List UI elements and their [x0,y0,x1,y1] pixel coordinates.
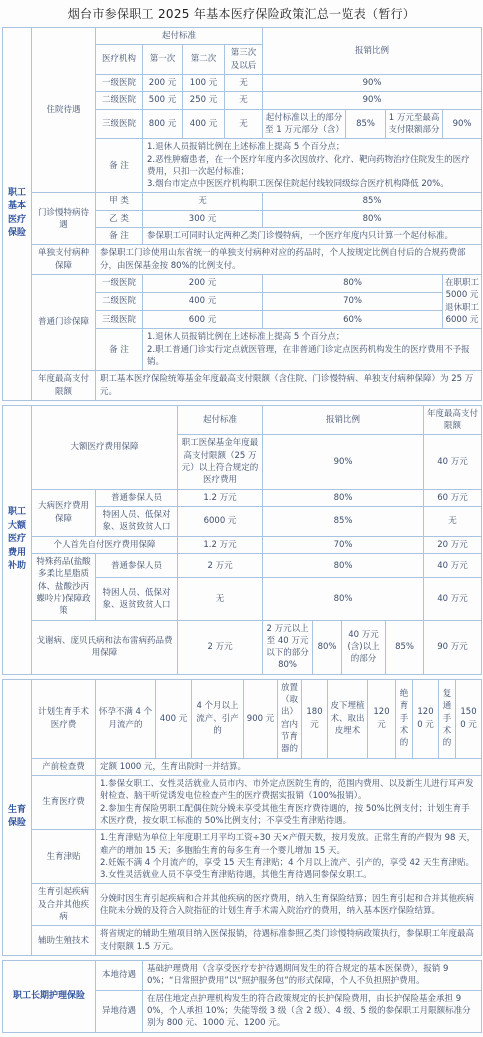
value-cell: 600 元 [143,311,263,329]
value-cell: 本地待遇 [96,961,143,991]
value-cell: 1.2 万元 [178,489,263,506]
value-cell: 医疗机构 [96,45,143,75]
value-cell: 300 元 [143,210,263,227]
value-cell: 特殊药品(盐酸多柔比星脂质体、盐酸沙丙蝶呤片)保障政策 [32,553,96,620]
value-cell: 门诊慢特病待遇 [32,193,96,245]
value-cell: 1200 元 [413,679,439,758]
value-cell: 40 万元(含)以上的部分 [342,620,386,674]
value-cell: 大额医疗费用保障 [32,405,178,489]
value-cell: 生育医疗费 [32,775,96,829]
value-cell: 备 注 [96,329,143,371]
value-cell: 400 元 [183,109,225,139]
value-cell: 2 万元 [178,620,263,674]
value-cell: 80% [263,553,424,578]
value-cell: 三级医院 [96,311,143,329]
value-cell: 皮下埋植术、取出皮埋术 [328,679,368,758]
value-cell: 绝育手术的 [396,679,413,758]
value-cell: 第二次 [183,45,225,75]
text-cell: 参保职工门诊使用山东省统一的单独支付病种对应的药品时，个人按规定比例自付后的合规… [96,245,482,275]
value-cell: 200 元 [143,275,263,293]
value-cell: 特困人员、低保对象、返贫致贫人口 [96,578,178,620]
category-cell: 职工长期护理保险 [3,961,96,1033]
value-cell: 住院待遇 [32,28,96,193]
value-cell: 起付标准 [178,405,263,435]
value-cell: 250 元 [183,92,225,109]
value-cell: 120 元 [368,679,396,758]
value-cell: 2 万元 [178,553,263,578]
value-cell: 85% [386,620,424,674]
value-cell: 1 万元至最高支付限额部分 [386,109,443,139]
value-cell: 无 [225,74,263,91]
table-maternity-insurance: 生育保险计划生育手术医疗费怀孕不满 4 个月流产的400 元4 个月以上流产、引… [2,679,482,956]
value-cell: 1.2 万元 [178,536,263,553]
value-cell: 60% [263,311,443,329]
text-cell: 1.退休人员报销比例在上述标准上提高 5 个百分点； 2.职工普通门诊实行定点就… [143,329,482,371]
value-cell: 生育引起疾病及合并其他疾病 [32,884,96,926]
value-cell: 第一次 [143,45,183,75]
text-cell: 在居住地定点护理机构发生的符合政策规定的长护保险费用，由长护保险基金承担 90%… [143,990,482,1032]
value-cell: 无 [143,193,263,210]
value-cell: 职工医保基金年度最高支付限额（25 万元）以上符合规定的医疗费用 [178,435,263,489]
value-cell: 备 注 [96,228,143,245]
text-cell: 基础护理费用（含享受医疗专护待遇期间发生的符合规定的基本医保费），报销 90%；… [143,961,482,991]
value-cell: 2 万元以上至 40 万元以下的部分 80% [263,620,313,674]
value-cell: 甲 类 [96,193,143,210]
value-cell: 80% [263,210,482,227]
value-cell: 4 个月以上流产、引产的 [192,679,244,758]
value-cell: 年度最高支付限额 [424,405,482,435]
value-cell: 40 万元 [424,553,482,578]
value-cell: 年度最高支付限额 [32,371,96,401]
value-cell: 二级医院 [96,92,143,109]
value-cell: 复通手术的 [439,679,456,758]
value-cell: 100 元 [183,74,225,91]
value-cell: 40 万元 [424,435,482,489]
value-cell: 200 元 [143,74,183,91]
page-title: 烟台市参保职工 2025 年基本医疗保险政策汇总一览表（暂行） [0,0,483,27]
value-cell: 90% [263,74,482,91]
value-cell: 普通门诊保障 [32,275,96,371]
text-cell: 分娩时因生育引起疾病和合并其他疾病的医疗费用，纳入生育保险结算；因生育引起和合并… [96,884,482,926]
value-cell: 无 [225,109,263,139]
value-cell: 二级医院 [96,293,143,311]
value-cell: 普通参保人员 [96,489,178,506]
value-cell: 无 [178,578,263,620]
value-cell: 产前检查费 [32,758,96,775]
value-cell: 辅助生殖技术 [32,926,96,956]
value-cell: 400 元 [156,679,192,758]
text-cell: 定额 1000 元，生育出院时一并结算。 [96,758,482,775]
value-cell: 20 万元 [424,536,482,553]
category-cell: 生育保险 [3,679,32,955]
value-cell: 80% [263,578,424,620]
value-cell: 起付标准 [96,28,263,45]
value-cell: 80% [263,489,424,506]
value-cell: 85% [263,507,424,537]
value-cell: 乙 类 [96,210,143,227]
text-cell: 将省规定的辅助生殖项目纳入医保报销，待遇标准参照乙类门诊慢特病政策执行，参保职工… [96,926,482,956]
value-cell: 大病医疗费用保障 [32,489,96,536]
value-cell: 800 元 [143,109,183,139]
value-cell: 在职职工 5000 元 退休职工 6000 元 [443,275,482,329]
value-cell: 戈谢病、庞贝氏病和法布雷病药品费用保障 [32,620,178,674]
value-cell: 单独支付病种保障 [32,245,96,275]
value-cell: 500 元 [143,92,183,109]
value-cell: 三级医院 [96,109,143,139]
value-cell: 备 注 [96,139,143,193]
value-cell: 80% [313,620,342,674]
value-cell: 无 [424,507,482,537]
text-cell: 1.生育津贴为单位上年度职工月平均工资÷30 天×产假天数，按月发放。正常生育的… [96,830,482,884]
value-cell: 个人首先自付医疗费用保障 [32,536,178,553]
value-cell: 900 元 [244,679,278,758]
value-cell: 一级医院 [96,275,143,293]
value-cell: 起付标准以上的部分至 1 万元部分（含） [263,109,346,139]
value-cell: 普通参保人员 [96,553,178,578]
value-cell: 90% [443,109,482,139]
value-cell: 90% [263,92,482,109]
value-cell: 85% [263,193,482,210]
text-cell: 参保职工可同时认定两种乙类门诊慢特病，一个医疗年度内只计算一个起付标准。 [143,228,482,245]
table-long-term-care-insurance: 职工长期护理保险本地待遇基础护理费用（含享受医疗专护待遇期间发生的符合规定的基本… [2,960,482,1033]
value-cell: 90% [263,435,424,489]
value-cell: 异地待遇 [96,990,143,1032]
text-cell: 1.退休人员报销比例在上述标准上提高 5 个百分点； 2.恶性肿瘤患者，在一个医… [143,139,482,193]
value-cell: 180 元 [302,679,328,758]
value-cell: 特困人员、低保对象、返贫致贫人口 [96,507,178,537]
value-cell: 报销比例 [263,28,482,75]
value-cell: 40 万元 [424,578,482,620]
text-cell: 1.参保女职工、女性灵活就业人员市内、市外定点医院生育的，范围内费用、以及新生儿… [96,775,482,829]
value-cell: 放置（取出）宫内节育器的 [278,679,302,758]
category-cell: 职工大额医疗费用补助 [3,405,32,674]
table-large-amount-medical-subsidy: 职工大额医疗费用补助大额医疗费用保障起付标准报销比例年度最高支付限额职工医保基金… [2,405,482,675]
value-cell: 85% [346,109,386,139]
value-cell: 90 万元 [424,620,482,674]
value-cell: 无 [225,92,263,109]
value-cell: 60 万元 [424,489,482,506]
table-basic-medical-insurance: 职工基本医疗保险住院待遇起付标准报销比例医疗机构第一次第二次第三次及以后一级医院… [2,27,482,401]
value-cell: 70% [263,536,424,553]
value-cell: 怀孕不满 4 个月流产的 [96,679,156,758]
value-cell: 70% [263,293,443,311]
value-cell: 80% [263,275,443,293]
value-cell: 报销比例 [263,405,424,435]
text-cell: 职工基本医疗保险统筹基金年度最高支付限额（含住院、门诊慢特病、单独支付病种保障）… [96,371,482,401]
value-cell: 计划生育手术医疗费 [32,679,96,758]
value-cell: 6000 元 [178,507,263,537]
value-cell: 400 元 [143,293,263,311]
value-cell: 1500 元 [456,679,482,758]
value-cell: 第三次及以后 [225,45,263,75]
category-cell: 职工基本医疗保险 [3,28,32,401]
value-cell: 一级医院 [96,74,143,91]
value-cell: 生育津贴 [32,830,96,884]
